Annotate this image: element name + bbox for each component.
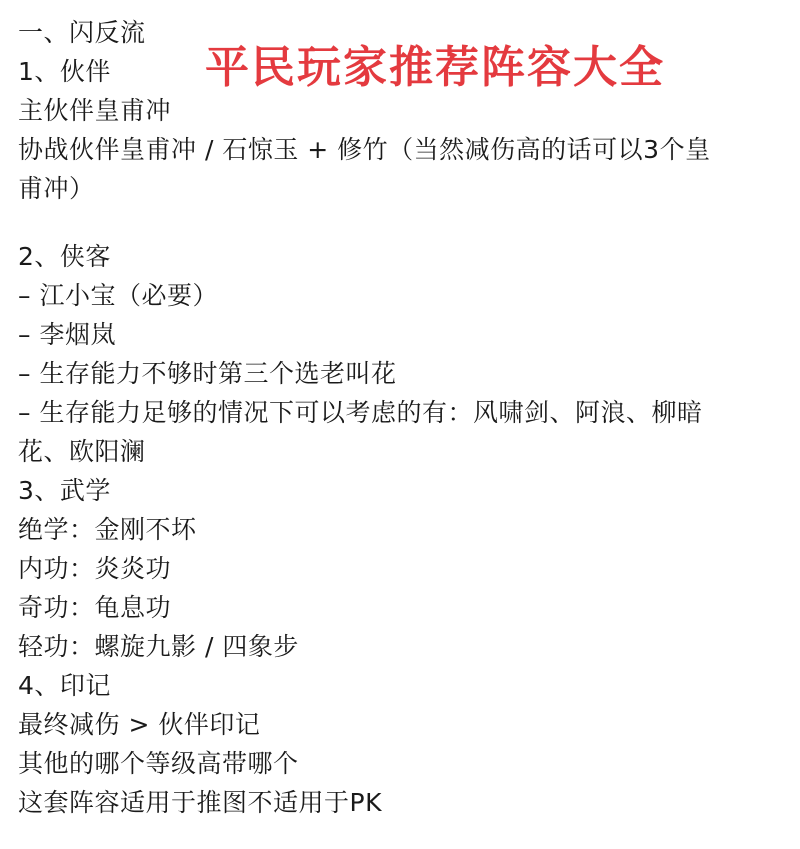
page-title: 平民玩家推荐阵容大全 — [205, 42, 665, 94]
list-item: – 江小宝（必要） — [18, 276, 218, 315]
text-line: 内功：炎炎功 — [18, 549, 171, 588]
list-item: – 李烟岚 — [18, 315, 116, 354]
text-line: 花、欧阳澜 — [18, 432, 146, 471]
section-heading: 一、闪反流 — [18, 13, 146, 52]
text-line: 协战伙伴皇甫冲 / 石惊玉 + 修竹（当然减伤高的话可以3个皇 — [18, 130, 711, 169]
text-line: 主伙伴皇甫冲 — [18, 91, 171, 130]
text-line: 最终减伤 > 伙伴印记 — [18, 705, 260, 744]
text-line: 绝学：金刚不坏 — [18, 510, 197, 549]
subsection-heading: 2、侠客 — [18, 237, 111, 276]
text-line: 这套阵容适用于推图不适用于PK — [18, 783, 382, 822]
list-item: – 生存能力足够的情况下可以考虑的有：风啸剑、阿浪、柳暗 — [18, 393, 702, 432]
text-line: 奇功：龟息功 — [18, 588, 171, 627]
subsection-heading: 3、武学 — [18, 471, 111, 510]
text-line: 其他的哪个等级高带哪个 — [18, 744, 299, 783]
text-line: 甫冲） — [18, 169, 95, 208]
subsection-heading: 4、印记 — [18, 666, 111, 705]
text-line: 轻功：螺旋九影 / 四象步 — [18, 627, 299, 666]
subsection-heading: 1、伙伴 — [18, 52, 111, 91]
list-item: – 生存能力不够时第三个选老叫花 — [18, 354, 396, 393]
